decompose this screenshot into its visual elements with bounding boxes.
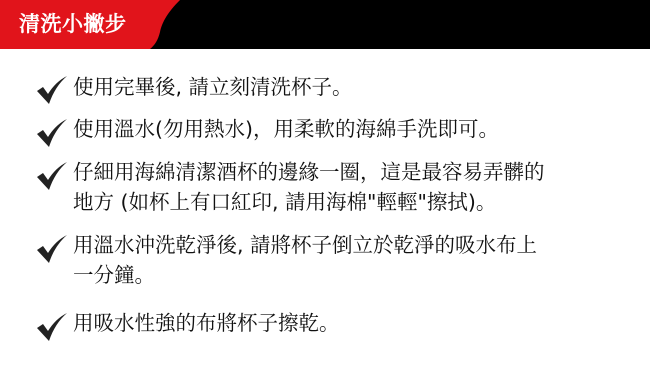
step-text: 使用溫水(勿用熱水)，用柔軟的海綿手洗即可。: [73, 114, 499, 144]
header-banner: 清洗小撇步: [0, 0, 650, 49]
step-text: 用溫水沖洗乾淨後, 請將杯子倒立於乾淨的吸水布上 一分鐘。: [73, 230, 537, 290]
step-text: 使用完畢後, 請立刻清洗杯子。: [73, 72, 353, 102]
checkmark-icon: [37, 162, 67, 190]
page-title: 清洗小撇步: [19, 10, 127, 38]
checkmark-icon: [37, 119, 67, 147]
checkmark-icon: [37, 235, 67, 263]
checkmark-icon: [37, 313, 67, 341]
checkmark-icon: [37, 76, 67, 104]
step-text: 用吸水性強的布將杯子擦乾。: [73, 308, 340, 338]
step-text: 仔細用海綿清潔酒杯的邊緣一圈，這是最容易弄髒的 地方 (如杯上有口紅印, 請用海…: [73, 157, 545, 217]
